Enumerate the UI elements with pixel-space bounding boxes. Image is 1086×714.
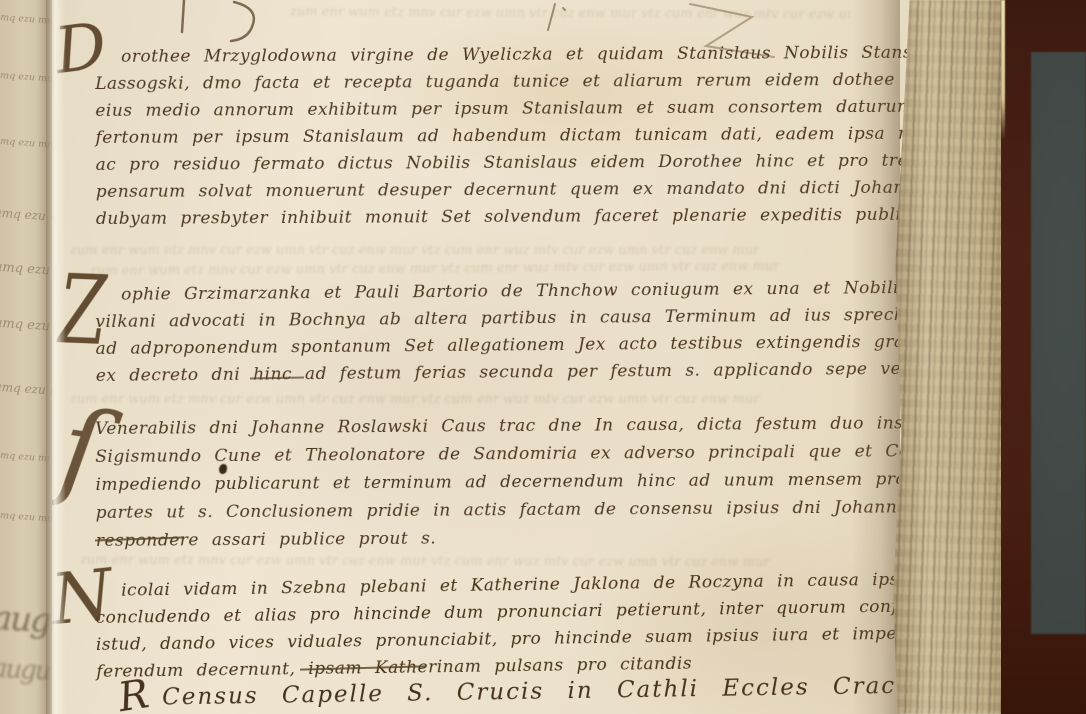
- gray-background-cloth: [1031, 52, 1086, 634]
- faint-text-row: umq ezu mnr vtz cum enw urz mtv cuz: [0, 206, 52, 225]
- large-script-glyphs: augu: [0, 598, 52, 642]
- bleedthrough-text: zum enr wum etz mnv cur ezw umn vtr cuz …: [70, 243, 870, 258]
- faint-text-row: umq ezu mnr vtz cum enw urz mtv cuz: [0, 12, 52, 28]
- bleedthrough-text: zum enr wum etz mnv cur ezw umn vtr cuz …: [80, 553, 870, 571]
- page-crease-shadow: [852, 0, 900, 714]
- faint-text-row: umq ezu mnr vtz cum enw urz mtv cuz: [0, 380, 52, 399]
- faint-text-row: umq ezu mnr vtz cum enw urz mtv cuz: [0, 316, 52, 336]
- faint-text-row: umq ezu mnr vtz cum enw urz mtv cuz: [0, 136, 52, 152]
- heading-flourish: R: [117, 684, 152, 709]
- manuscript-page-photo: zum enr wum etz mnv cur ezw umn vtr cuz …: [0, 0, 1086, 714]
- faint-text-row: umq ezu mnr vtz cum enw urz mtv cuz: [0, 450, 52, 466]
- bleedthrough-text: zum enr wum etz mnv cur ezw umn vtr cuz …: [70, 392, 870, 407]
- book-cover-and-background: [1001, 0, 1086, 714]
- facing-page-edge: umq ezu mnr vtz cum enw urz mtv cuz umq …: [0, 0, 52, 714]
- large-script-glyphs: augu: [0, 654, 50, 687]
- gutter-fold-highlight: [46, 0, 66, 714]
- faint-text-row: umq ezu mnr vtz cum enw urz mtv cuz: [0, 260, 52, 280]
- page-edge-sliver: [1001, 0, 1005, 140]
- faint-text-row: umq ezu mnr vtz cum enw urz mtv cuz: [0, 70, 52, 86]
- faint-text-row: umq ezu mnr vtz cum enw urz mtv cuz: [0, 510, 52, 526]
- book-fore-edge: [893, 0, 1011, 714]
